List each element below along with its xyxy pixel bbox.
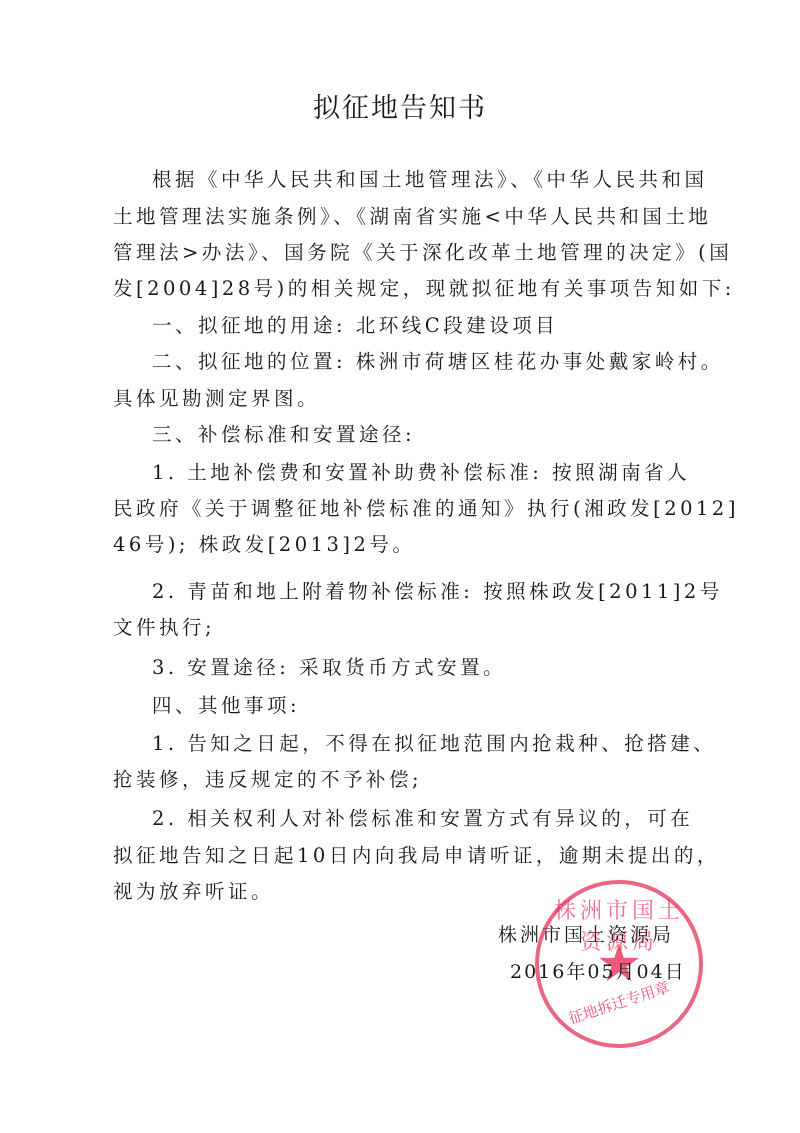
signature-date: 2016年05月04日: [510, 957, 686, 984]
paragraph-line: 文件执行;: [113, 615, 653, 641]
other-item-2: 2. 相关权利人对补偿标准和安置方式有异议的，可在: [152, 806, 692, 832]
paragraph-line: 具体见勘测定界图。: [113, 386, 653, 412]
paragraph-line: 46号); 株政发[2013]2号。: [113, 532, 653, 558]
section-compensation-heading: 三、补偿标准和安置途径:: [152, 422, 692, 448]
document-title: 拟征地告知书: [0, 86, 800, 125]
paragraph-line: 根据《中华人民共和国土地管理法》、《中华人民共和国: [152, 167, 692, 193]
section-location: 二、拟征地的位置: 株洲市荷塘区桂花办事处戴家岭村。: [152, 349, 692, 375]
section-other-heading: 四、其他事项:: [152, 693, 692, 719]
paragraph-line: 管理法>办法》、国务院《关于深化改革土地管理的决定》(国: [113, 240, 653, 266]
section-purpose: 一、拟征地的用途: 北环线C段建设项目: [152, 313, 692, 339]
other-item-1: 1. 告知之日起，不得在拟征地范围内抢栽种、抢搭建、: [152, 731, 692, 757]
paragraph-line: 抢装修，违反规定的不予补偿;: [113, 767, 653, 793]
compensation-item-3: 3. 安置途径: 采取货币方式安置。: [152, 655, 692, 681]
paragraph-line: 发[2004]28号)的相关规定，现就拟征地有关事项告知如下:: [113, 276, 653, 302]
paragraph-line: 民政府《关于调整征地补偿标准的通知》执行(湘政发[2012]: [113, 496, 653, 522]
signature-issuer: 株洲市国土资源局: [498, 920, 674, 947]
paragraph-line: 拟征地告知之日起10日内向我局申请听证，逾期未提出的，: [113, 843, 653, 869]
compensation-item-2: 2. 青苗和地上附着物补偿标准: 按照株政发[2011]2号: [152, 579, 692, 605]
paragraph-line: 土地管理法实施条例》、《湖南省实施<中华人民共和国土地: [113, 204, 653, 230]
compensation-item-1: 1. 土地补偿费和安置补助费补偿标准: 按照湖南省人: [152, 460, 692, 486]
